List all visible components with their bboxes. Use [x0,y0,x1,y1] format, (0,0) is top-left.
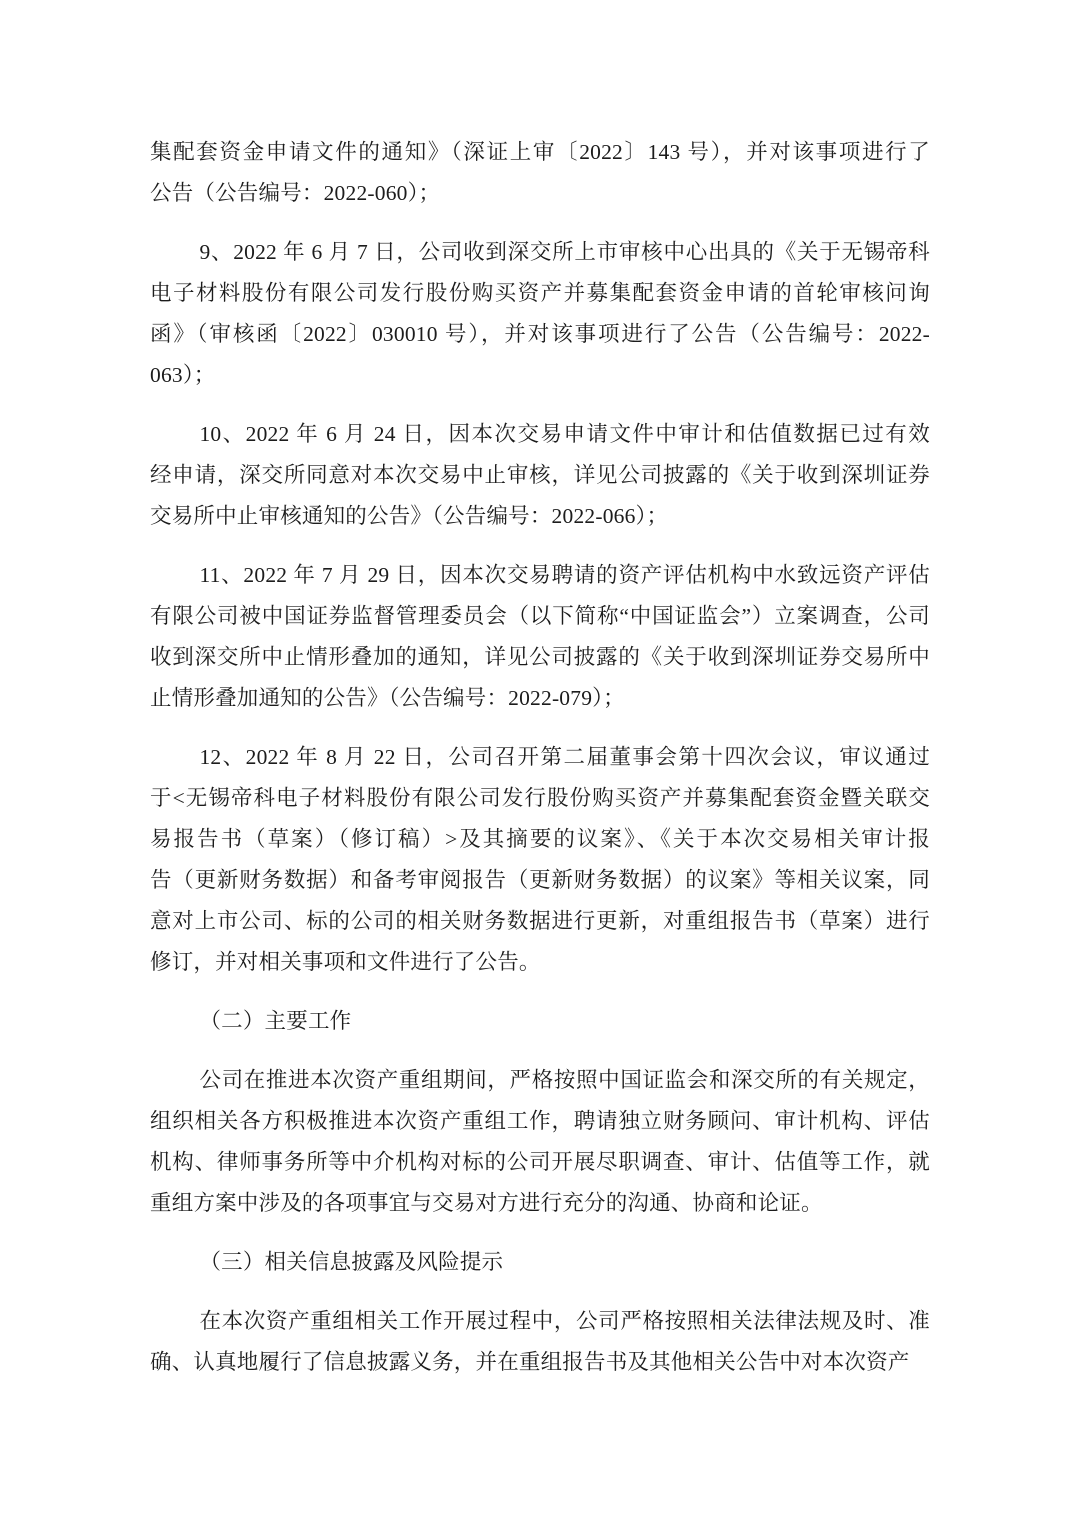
paragraph: 9、2022 年 6 月 7 日，公司收到深交所上市审核中心出具的《关于无锡帝科… [150,232,930,396]
paragraph: 在本次资产重组相关工作开展过程中，公司严格按照相关法律法规及时、准确、认真地履行… [150,1301,930,1383]
document-page: 集配套资金申请文件的通知》（深证上审〔2022〕143 号），并对该事项进行了公… [0,0,1080,1527]
paragraph: 10、2022 年 6 月 24 日，因本次交易申请文件中审计和估值数据已过有效… [150,414,930,537]
text-line: 10、2022 年 6 月 24 日，因本次交易申请文件中审计和估值数据已过有效… [150,414,930,455]
text-line: 063）； [150,355,930,396]
text-line: 修订，并对相关事项和文件进行了公告。 [150,942,930,983]
text-line: 机构、律师事务所等中介机构对标的公司开展尽职调查、审计、估值等工作，就 [150,1142,930,1183]
text-line: 在本次资产重组相关工作开展过程中，公司严格按照相关法律法规及时、准 [150,1301,930,1342]
text-line: 止情形叠加通知的公告》（公告编号：2022-079）； [150,678,930,719]
text-line: 11、2022 年 7 月 29 日，因本次交易聘请的资产评估机构中水致远资产评… [150,555,930,596]
text-line: 集配套资金申请文件的通知》（深证上审〔2022〕143 号），并对该事项进行了 [150,132,930,173]
document-content: 集配套资金申请文件的通知》（深证上审〔2022〕143 号），并对该事项进行了公… [150,132,930,1383]
section-heading: （二）主要工作 [150,1001,930,1042]
text-line: 确、认真地履行了信息披露义务，并在重组报告书及其他相关公告中对本次资产 [150,1342,930,1383]
text-line: 组织相关各方积极推进本次资产重组工作，聘请独立财务顾问、审计机构、评估 [150,1101,930,1142]
text-line: （二）主要工作 [150,1001,930,1042]
text-line: 意对上市公司、标的公司的相关财务数据进行更新，对重组报告书（草案）进行 [150,901,930,942]
paragraph: 集配套资金申请文件的通知》（深证上审〔2022〕143 号），并对该事项进行了公… [150,132,930,214]
paragraph: 12、2022 年 8 月 22 日，公司召开第二届董事会第十四次会议，审议通过… [150,737,930,983]
text-line: 函》（审核函〔2022〕030010 号），并对该事项进行了公告（公告编号：20… [150,314,930,355]
text-line: 告（更新财务数据）和备考审阅报告（更新财务数据）的议案》等相关议案，同 [150,860,930,901]
text-line: 收到深交所中止情形叠加的通知，详见公司披露的《关于收到深圳证券交易所中 [150,637,930,678]
text-line: 交易所中止审核通知的公告》（公告编号：2022-066）； [150,496,930,537]
text-line: （三）相关信息披露及风险提示 [150,1242,930,1283]
text-line: 12、2022 年 8 月 22 日，公司召开第二届董事会第十四次会议，审议通过… [150,737,930,778]
text-line: 有限公司被中国证券监督管理委员会（以下简称“中国证监会”）立案调查，公司 [150,596,930,637]
text-line: 9、2022 年 6 月 7 日，公司收到深交所上市审核中心出具的《关于无锡帝科 [150,232,930,273]
text-line: 经申请，深交所同意对本次交易中止审核，详见公司披露的《关于收到深圳证券 [150,455,930,496]
paragraph: 公司在推进本次资产重组期间，严格按照中国证监会和深交所的有关规定，组织相关各方积… [150,1060,930,1224]
text-line: 重组方案中涉及的各项事宜与交易对方进行充分的沟通、协商和论证。 [150,1183,930,1224]
text-line: 公告（公告编号：2022-060）； [150,173,930,214]
text-line: 于<无锡帝科电子材料股份有限公司发行股份购买资产并募集配套资金暨关联交 [150,778,930,819]
text-line: 电子材料股份有限公司发行股份购买资产并募集配套资金申请的首轮审核问询 [150,273,930,314]
text-line: 易报告书（草案）（修订稿）>及其摘要的议案》、《关于本次交易相关审计报 [150,819,930,860]
paragraph: 11、2022 年 7 月 29 日，因本次交易聘请的资产评估机构中水致远资产评… [150,555,930,719]
section-heading: （三）相关信息披露及风险提示 [150,1242,930,1283]
text-line: 公司在推进本次资产重组期间，严格按照中国证监会和深交所的有关规定， [150,1060,930,1101]
